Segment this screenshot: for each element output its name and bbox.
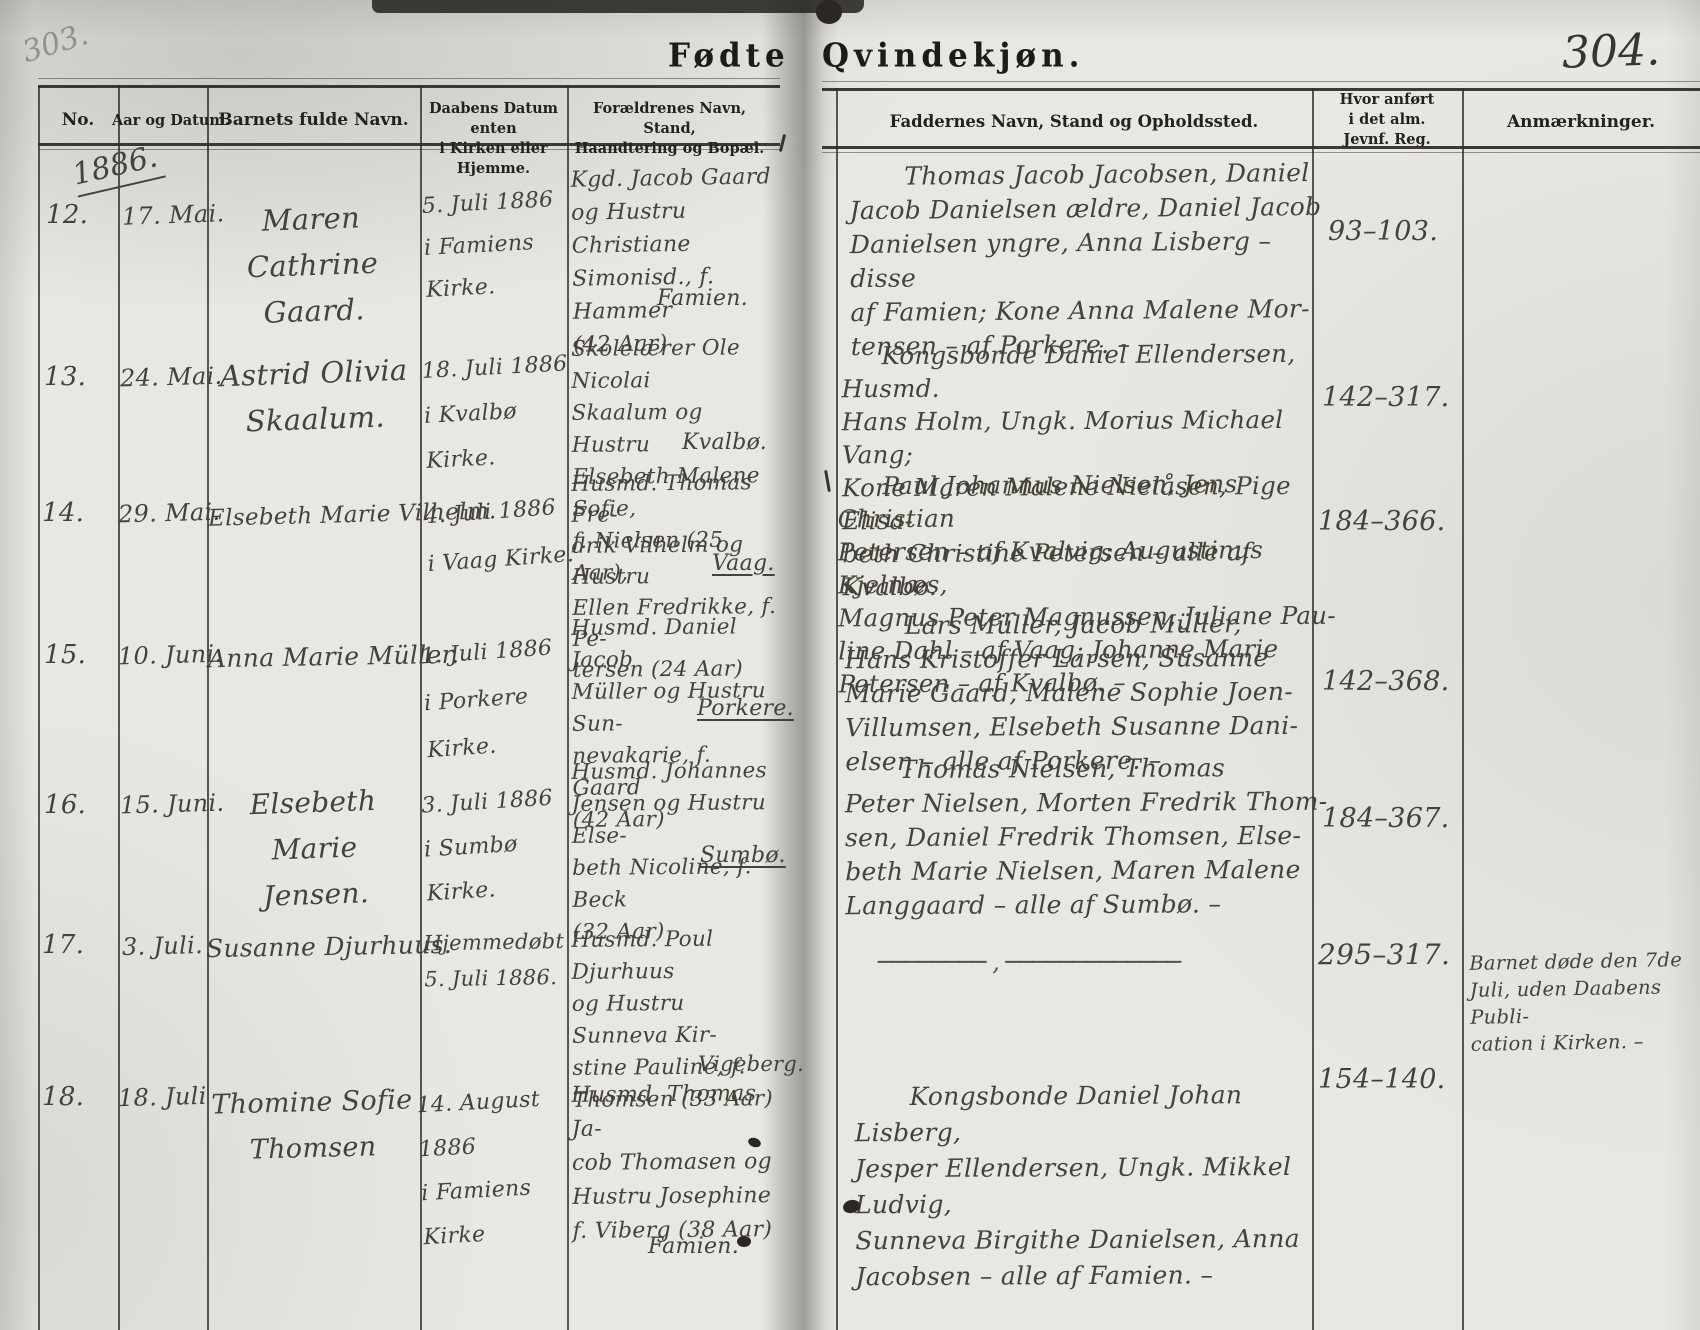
col-header-name: Barnets fulde Navn. [207, 110, 420, 130]
year-heading: 1886. [69, 138, 164, 192]
entry-baptism: 1. Juli 1886 i Porkere Kirke. [419, 623, 583, 774]
top-edge-shadow [372, 0, 864, 13]
rule [822, 146, 1700, 149]
rule [822, 81, 1700, 82]
entry-reference: 142–368. [1322, 666, 1450, 697]
entry-reference: 295–317. [1318, 938, 1450, 971]
entry-place: Vigeberg. [698, 1052, 804, 1076]
entry-place: Famien. [648, 1234, 739, 1259]
entry-reference: 184–366. [1318, 506, 1446, 537]
entry-baptism: 5. Juli 1886 i Famiens Kirke. [421, 178, 577, 312]
column-line [38, 85, 40, 1330]
page-title-fodte: Fødte [668, 37, 790, 75]
entry-name: Elsebeth Marie Jensen. [210, 776, 420, 921]
entry-no: 17. [42, 930, 84, 960]
gutter-mark [824, 470, 831, 492]
rule [38, 85, 780, 88]
entry-reference: 184–367. [1322, 803, 1450, 834]
entry-date: 3. Juli. [122, 931, 204, 961]
entry-no: 16. [44, 790, 86, 820]
entry-no: 15. [44, 640, 86, 670]
entry-remarks: Barnet døde den 7de Juli, uden Daabens P… [1469, 946, 1691, 1058]
page-title-qvindekjon: Qvindekjøn. [822, 37, 1084, 75]
col-header-godparents: Faddernes Navn, Stand og Opholdssted. [836, 112, 1312, 132]
col-header-date: Aar og Datum. [112, 111, 212, 131]
rule [822, 152, 1700, 153]
register-scan: 303. 304. Fødte Qvindekjøn. No. Aar og D… [0, 0, 1700, 1330]
entry-no: 12. [46, 200, 88, 230]
entry-baptism: 4. Juli 1886 i Vaag Kirke. [423, 483, 579, 589]
col-header-baptism: Daabens Datum enten i Kirken eller Hjemm… [420, 99, 567, 179]
entry-date: 18. Juli [118, 1082, 207, 1112]
entry-baptism: 14. August 1886 i Famiens Kirke [416, 1076, 590, 1260]
entry-place: Famien. [657, 286, 748, 311]
entry-godparents: Thomas Jacob Jacobsen, Daniel Jacob Dani… [849, 156, 1331, 364]
entry-date: 15. Juni. [120, 789, 225, 820]
rule [822, 88, 1700, 91]
entry-godparents: Kongsbonde Daniel Johan Lisberg, Jesper … [854, 1077, 1340, 1296]
column-line [836, 88, 838, 1330]
entry-no: 13. [44, 362, 86, 392]
entry-name: Astrid Olivia Skaalum. [210, 346, 418, 445]
column-line [207, 85, 209, 1330]
entry-no: 18. [42, 1082, 84, 1112]
col-header-parents: Forældrenes Navn, Stand, Haandtering og … [567, 99, 772, 159]
entry-place: Porkere. [697, 696, 794, 721]
page-number-left: 303. [18, 17, 92, 70]
entry-reference: 154–140. [1318, 1064, 1446, 1095]
rule [38, 78, 780, 79]
entry-name: Thomine Sofie Thomsen [209, 1077, 416, 1174]
entry-godparents-dashes: ──────── , ───────────── [878, 948, 1180, 976]
entry-name: Susanne Djurhuus. [206, 930, 452, 963]
entry-godparents: Thomas Nielsen, Thomas Peter Nielsen, Mo… [845, 751, 1331, 924]
entry-reference: 93–103. [1328, 216, 1438, 247]
col-header-reference: Hvor anført i det alm. Jevnf. Reg. [1312, 90, 1462, 150]
entry-parents: Husmd. Thomas Ja- cob Thomasen og Hustru… [571, 1077, 777, 1249]
entry-place: Vaag. [712, 551, 775, 576]
spine-top-ink-blot [816, 0, 842, 24]
entry-no: 14. [42, 498, 84, 528]
page-number-right: 304. [1561, 24, 1661, 78]
entry-baptism: Hjemmedøbt 5. Juli 1886. [423, 923, 584, 998]
entry-reference: 142–317. [1322, 382, 1450, 413]
entry-baptism: 18. Juli 1886 i Kvalbø Kirke. [421, 341, 578, 484]
column-line [1462, 88, 1464, 1330]
entry-name: Maren Cathrine Gaard. [208, 192, 418, 337]
entry-date: 29. Mai. [118, 498, 221, 529]
column-line [118, 85, 120, 1330]
col-header-remarks: Anmærkninger. [1462, 112, 1700, 132]
entry-baptism: 3. Juli 1886 i Sumbø Kirke. [420, 776, 578, 917]
ink-blot [737, 1236, 751, 1247]
entry-place: Kvalbø. [682, 430, 767, 455]
entry-place: Sumbø. [700, 843, 786, 868]
col-header-no: No. [38, 110, 118, 130]
entry-date: 24. Mai. [120, 362, 223, 393]
